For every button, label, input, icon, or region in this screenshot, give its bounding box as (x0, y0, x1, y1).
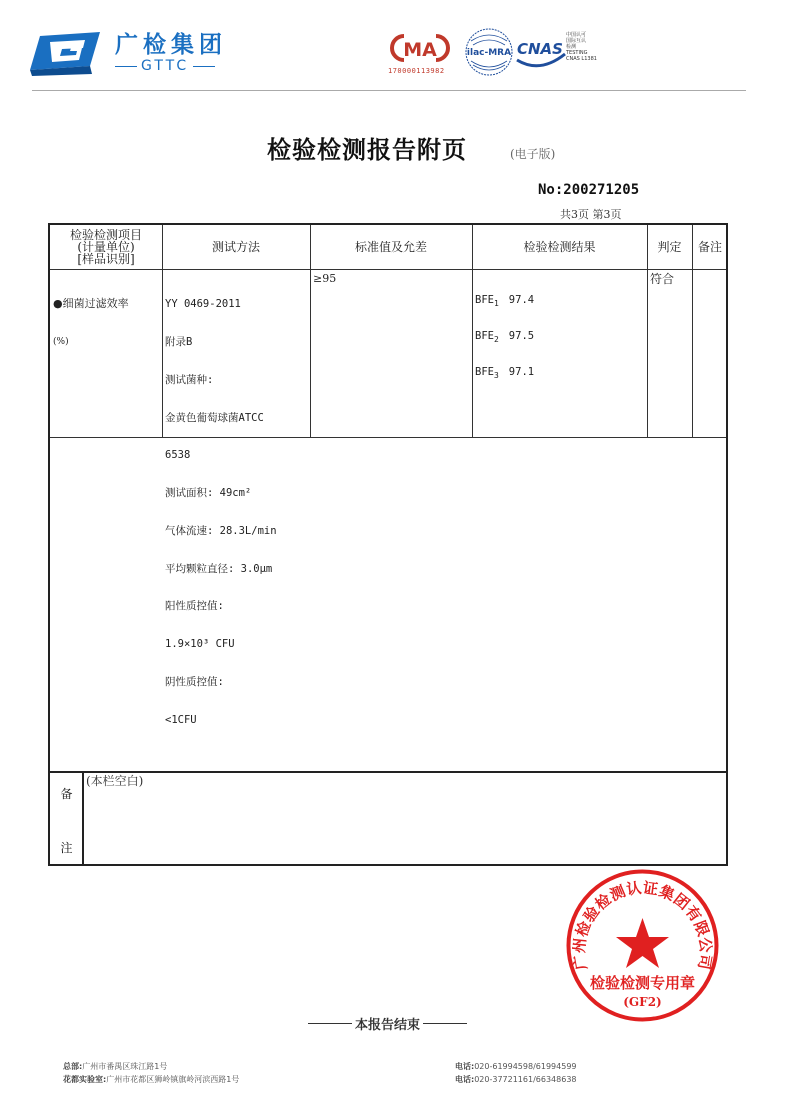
cma-number: 170000113982 (388, 67, 445, 75)
result-label: BFE3 (475, 367, 499, 381)
phone-line: 电话:020-61994598/61994599 (455, 1060, 577, 1073)
cnas-text-line: CNAS L1381 (566, 56, 597, 62)
footer-addresses: 总部:广州市番禺区珠江路1号 花都实验室:广州市花都区狮岭镇旗岭河滨西路1号 (63, 1060, 239, 1086)
gttc-logo-icon (30, 26, 105, 76)
brand-name-cn: 广检集团 (115, 26, 227, 59)
table-cell-method: YY 0469-2011 附录B 测试菌种: 金黄色葡萄球菌ATCC 6538 … (162, 271, 310, 754)
header-divider (32, 90, 746, 91)
cma-label: MA (403, 39, 437, 61)
result-value: 97.5 (509, 331, 534, 345)
ilac-mra-logo-icon: ilac-MRA (463, 27, 515, 77)
result-value: 97.4 (509, 295, 534, 309)
cnas-label: CNAS (517, 40, 563, 58)
method-line: <1CFU (165, 714, 307, 727)
method-line: 附录B (165, 336, 307, 349)
cnas-accreditation-text: 中国认可 国际互认 检测 TESTING CNAS L1381 (566, 32, 597, 62)
divider (115, 66, 137, 67)
remarks-label-top: 备 (50, 785, 83, 802)
table-cell-remark (692, 271, 728, 275)
result-row: BFE1 97.4 (475, 295, 644, 309)
report-number: No:200271205 (538, 182, 639, 198)
remarks-content: (本栏空白) (86, 772, 143, 789)
seal-center-text: 检验检测专用章 (590, 974, 695, 992)
row-divider (50, 437, 726, 438)
row-divider (50, 269, 726, 270)
header-item: 检验检测项目 (计量单位) [样品识别] (50, 225, 162, 269)
result-row: BFE3 97.1 (475, 367, 644, 381)
method-line: 测试菌种: (165, 374, 307, 387)
table-cell-result: BFE1 97.4 BFE2 97.5 BFE3 97.1 (472, 271, 647, 405)
method-line: 阴性质控值: (165, 676, 307, 689)
divider (193, 66, 215, 67)
method-line: 气体流速: 28.3L/min (165, 525, 307, 538)
header-method: 测试方法 (162, 225, 310, 269)
ilac-label: ilac-MRA (467, 48, 511, 58)
item-name: ●细菌过滤效率 (53, 298, 159, 311)
report-end-marker: 本报告结束 (308, 1014, 467, 1033)
method-line: 金黄色葡萄球菌ATCC (165, 412, 307, 425)
item-unit: (%) (53, 336, 159, 349)
report-end-text: 本报告结束 (352, 1014, 423, 1033)
brand-name-en: GTTC (137, 58, 193, 74)
result-row: BFE2 97.5 (475, 331, 644, 345)
method-line: 1.9×10³ CFU (165, 638, 307, 651)
cnas-logo-icon: CNAS (513, 30, 568, 68)
result-label: BFE1 (475, 295, 499, 309)
header-result: 检验检测结果 (472, 225, 647, 269)
result-value: 97.1 (509, 367, 534, 381)
method-line: 阳性质控值: (165, 600, 307, 613)
seal-code: (GF2) (623, 995, 661, 1009)
divider (308, 1023, 352, 1024)
header-item-line: [样品识别] (77, 253, 134, 265)
page-info: 共3页 第3页 (560, 206, 622, 222)
phone-line: 电话:020-37721161/66348638 (455, 1073, 577, 1086)
divider (423, 1023, 467, 1024)
header-remark: 备注 (692, 225, 728, 269)
table-cell-judgement: 符合 (647, 271, 692, 288)
method-line: YY 0469-2011 (165, 298, 307, 311)
header-standard: 标准值及允差 (310, 225, 472, 269)
table-cell-standard: ≥95 (310, 271, 472, 288)
remarks-label-bottom: 注 (50, 839, 83, 856)
footer-phones: 电话:020-61994598/61994599 电话:020-37721161… (455, 1060, 577, 1086)
page-title: 检验检测报告附页 (267, 130, 467, 165)
hq-address-line: 总部:广州市番禺区珠江路1号 (63, 1060, 239, 1073)
brand-name-en-row: GTTC (115, 58, 215, 74)
method-line: 6538 (165, 449, 307, 462)
results-table: 检验检测项目 (计量单位) [样品识别] 测试方法 标准值及允差 检验检测结果 … (48, 223, 728, 866)
official-seal-icon: 广州检验检测认证集团有限公司 检验检测专用章 (GF2) (565, 868, 720, 1023)
method-line: 平均颗粒直径: 3.0μm (165, 563, 307, 576)
table-cell-item: ●细菌过滤效率 (%) (50, 271, 162, 375)
header-judgement: 判定 (647, 225, 692, 269)
lab-address-line: 花都实验室:广州市花都区狮岭镇旗岭河滨西路1号 (63, 1073, 239, 1086)
result-label: BFE2 (475, 331, 499, 345)
cma-mark-icon: MA (390, 33, 450, 63)
method-line: 测试面积: 49cm² (165, 487, 307, 500)
edition-label: (电子版) (510, 145, 555, 162)
remarks-divider (50, 771, 726, 773)
